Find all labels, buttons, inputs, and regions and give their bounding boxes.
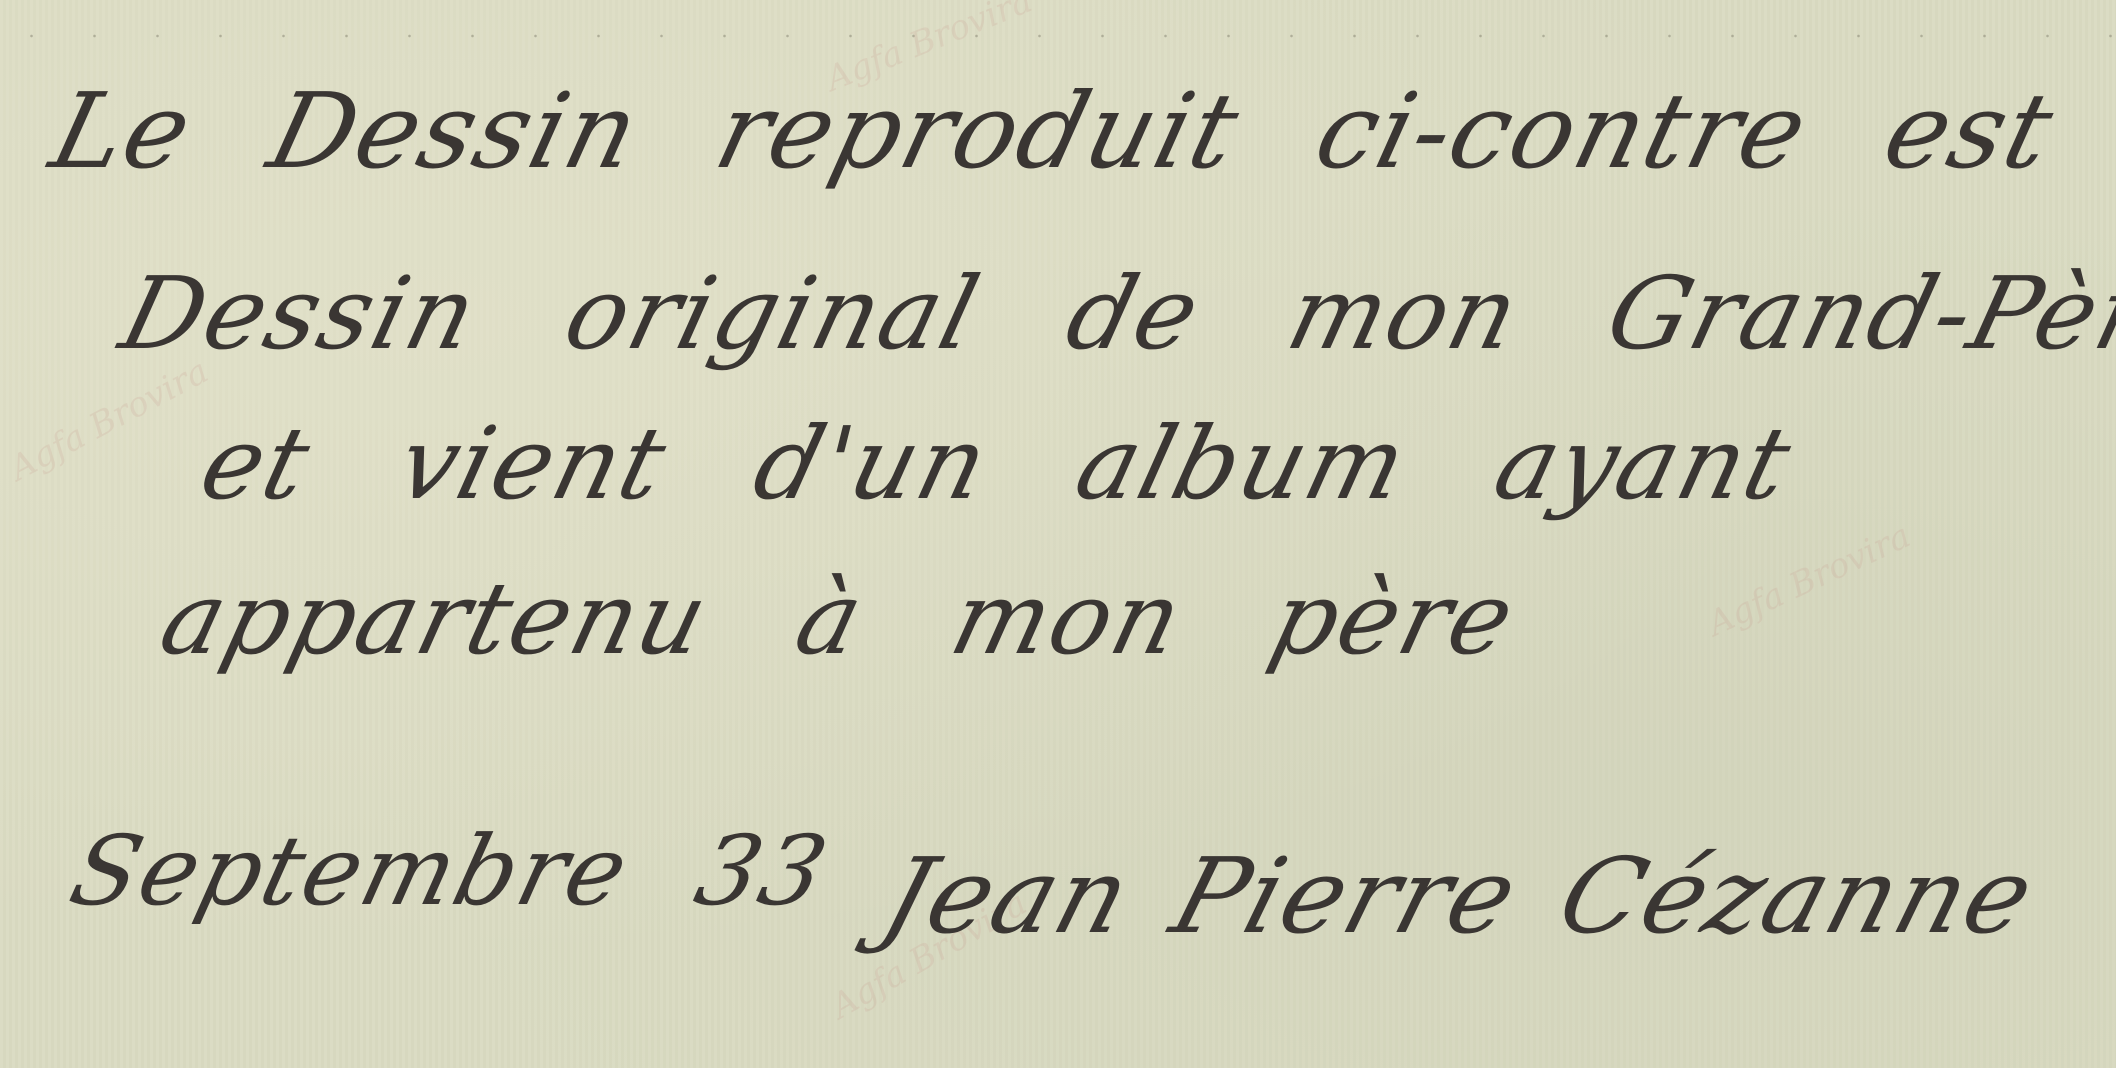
note-line-4: appartenu à mon père: [150, 560, 1527, 677]
paper-watermark: Agfa Brovira: [1702, 516, 1917, 645]
note-line-2: Dessin original de mon Grand-Père: [110, 255, 2116, 372]
handwritten-note-sheet: Agfa Brovira Agfa Brovira Agfa Brovira A…: [0, 0, 2116, 1068]
note-line-1: Le Dessin reproduit ci-contre est un: [40, 70, 2116, 192]
signature: Jean Pierre Cézanne: [870, 835, 2049, 957]
paper-dot-rule: [0, 34, 2116, 38]
note-line-3: et vient d'un album ayant: [190, 405, 1803, 522]
note-date: Septembre 33: [60, 815, 839, 927]
